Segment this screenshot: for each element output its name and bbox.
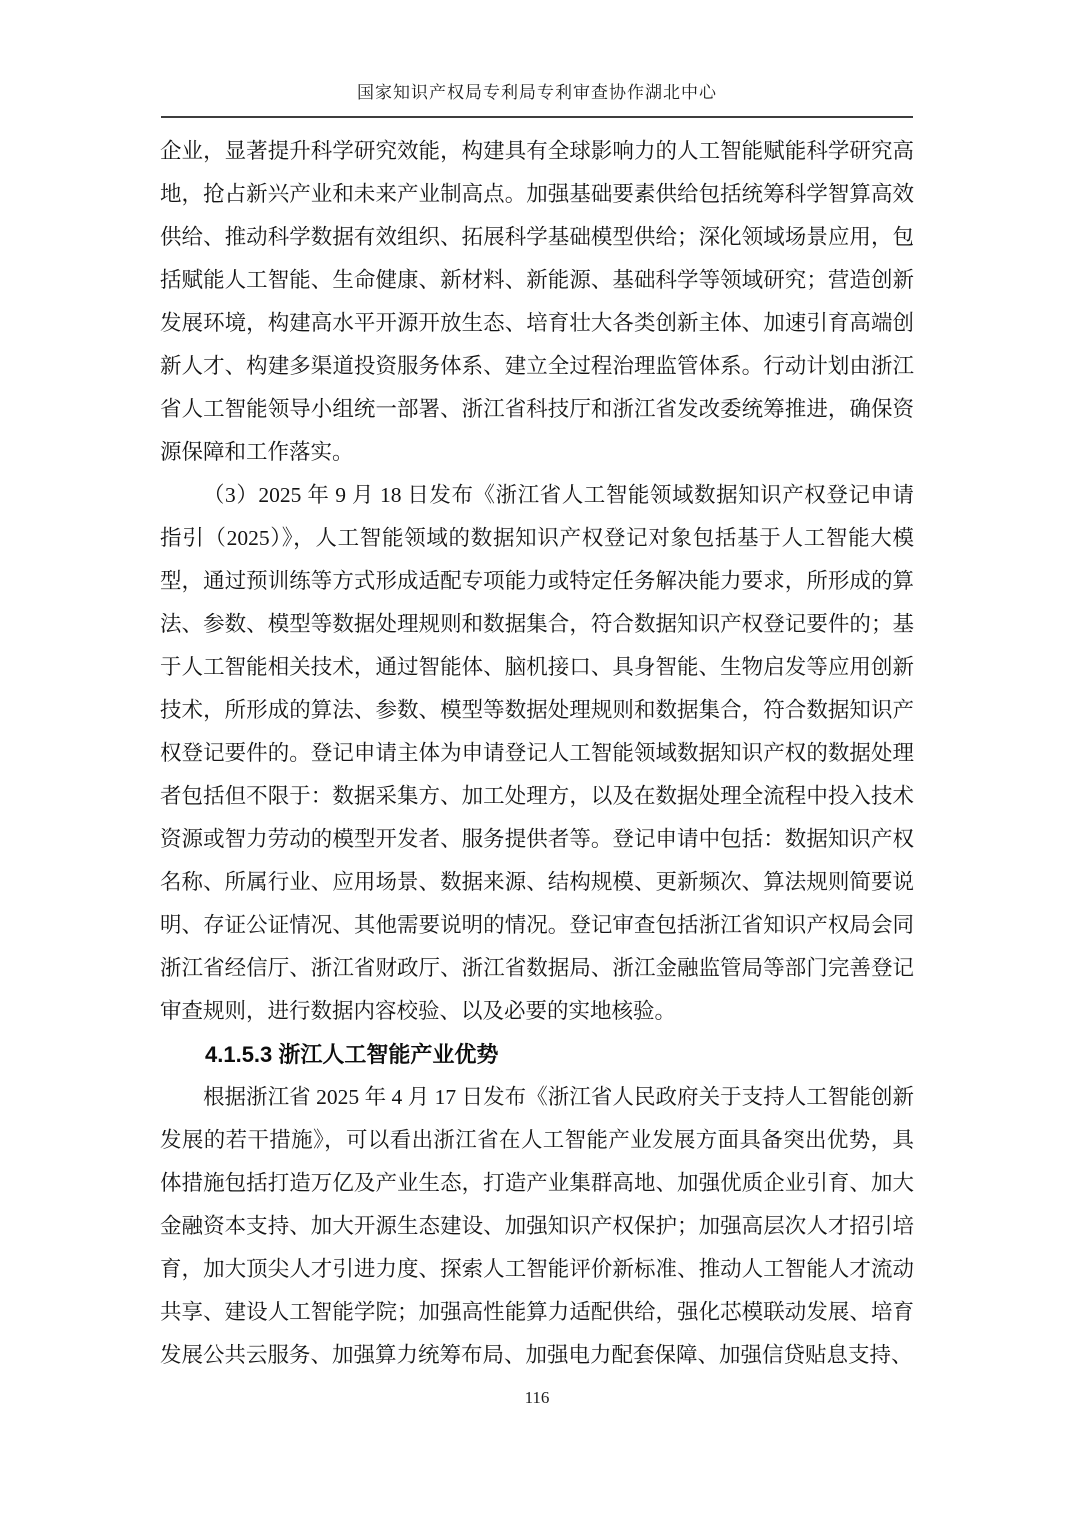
page-header-title: 国家知识产权局专利局专利审查协作湖北中心 xyxy=(0,78,1074,103)
paragraph-continuation: 企业，显著提升科学研究效能，构建具有全球影响力的人工智能赋能科学研究高地，抢占新… xyxy=(160,130,914,474)
paragraph-item-3: （3）2025 年 9 月 18 日发布《浙江省人工智能领域数据知识产权登记申请… xyxy=(160,474,914,1033)
section-heading-4-1-5-3: 4.1.5.3 浙江人工智能产业优势 xyxy=(160,1033,914,1076)
page-number: 116 xyxy=(0,1388,1074,1408)
document-body: 企业，显著提升科学研究效能，构建具有全球影响力的人工智能赋能科学研究高地，抢占新… xyxy=(160,130,914,1377)
header-divider-line xyxy=(161,116,913,118)
document-page: 国家知识产权局专利局专利审查协作湖北中心 企业，显著提升科学研究效能，构建具有全… xyxy=(0,0,1074,1520)
paragraph-zhejiang-advantages: 根据浙江省 2025 年 4 月 17 日发布《浙江省人民政府关于支持人工智能创… xyxy=(160,1076,914,1377)
